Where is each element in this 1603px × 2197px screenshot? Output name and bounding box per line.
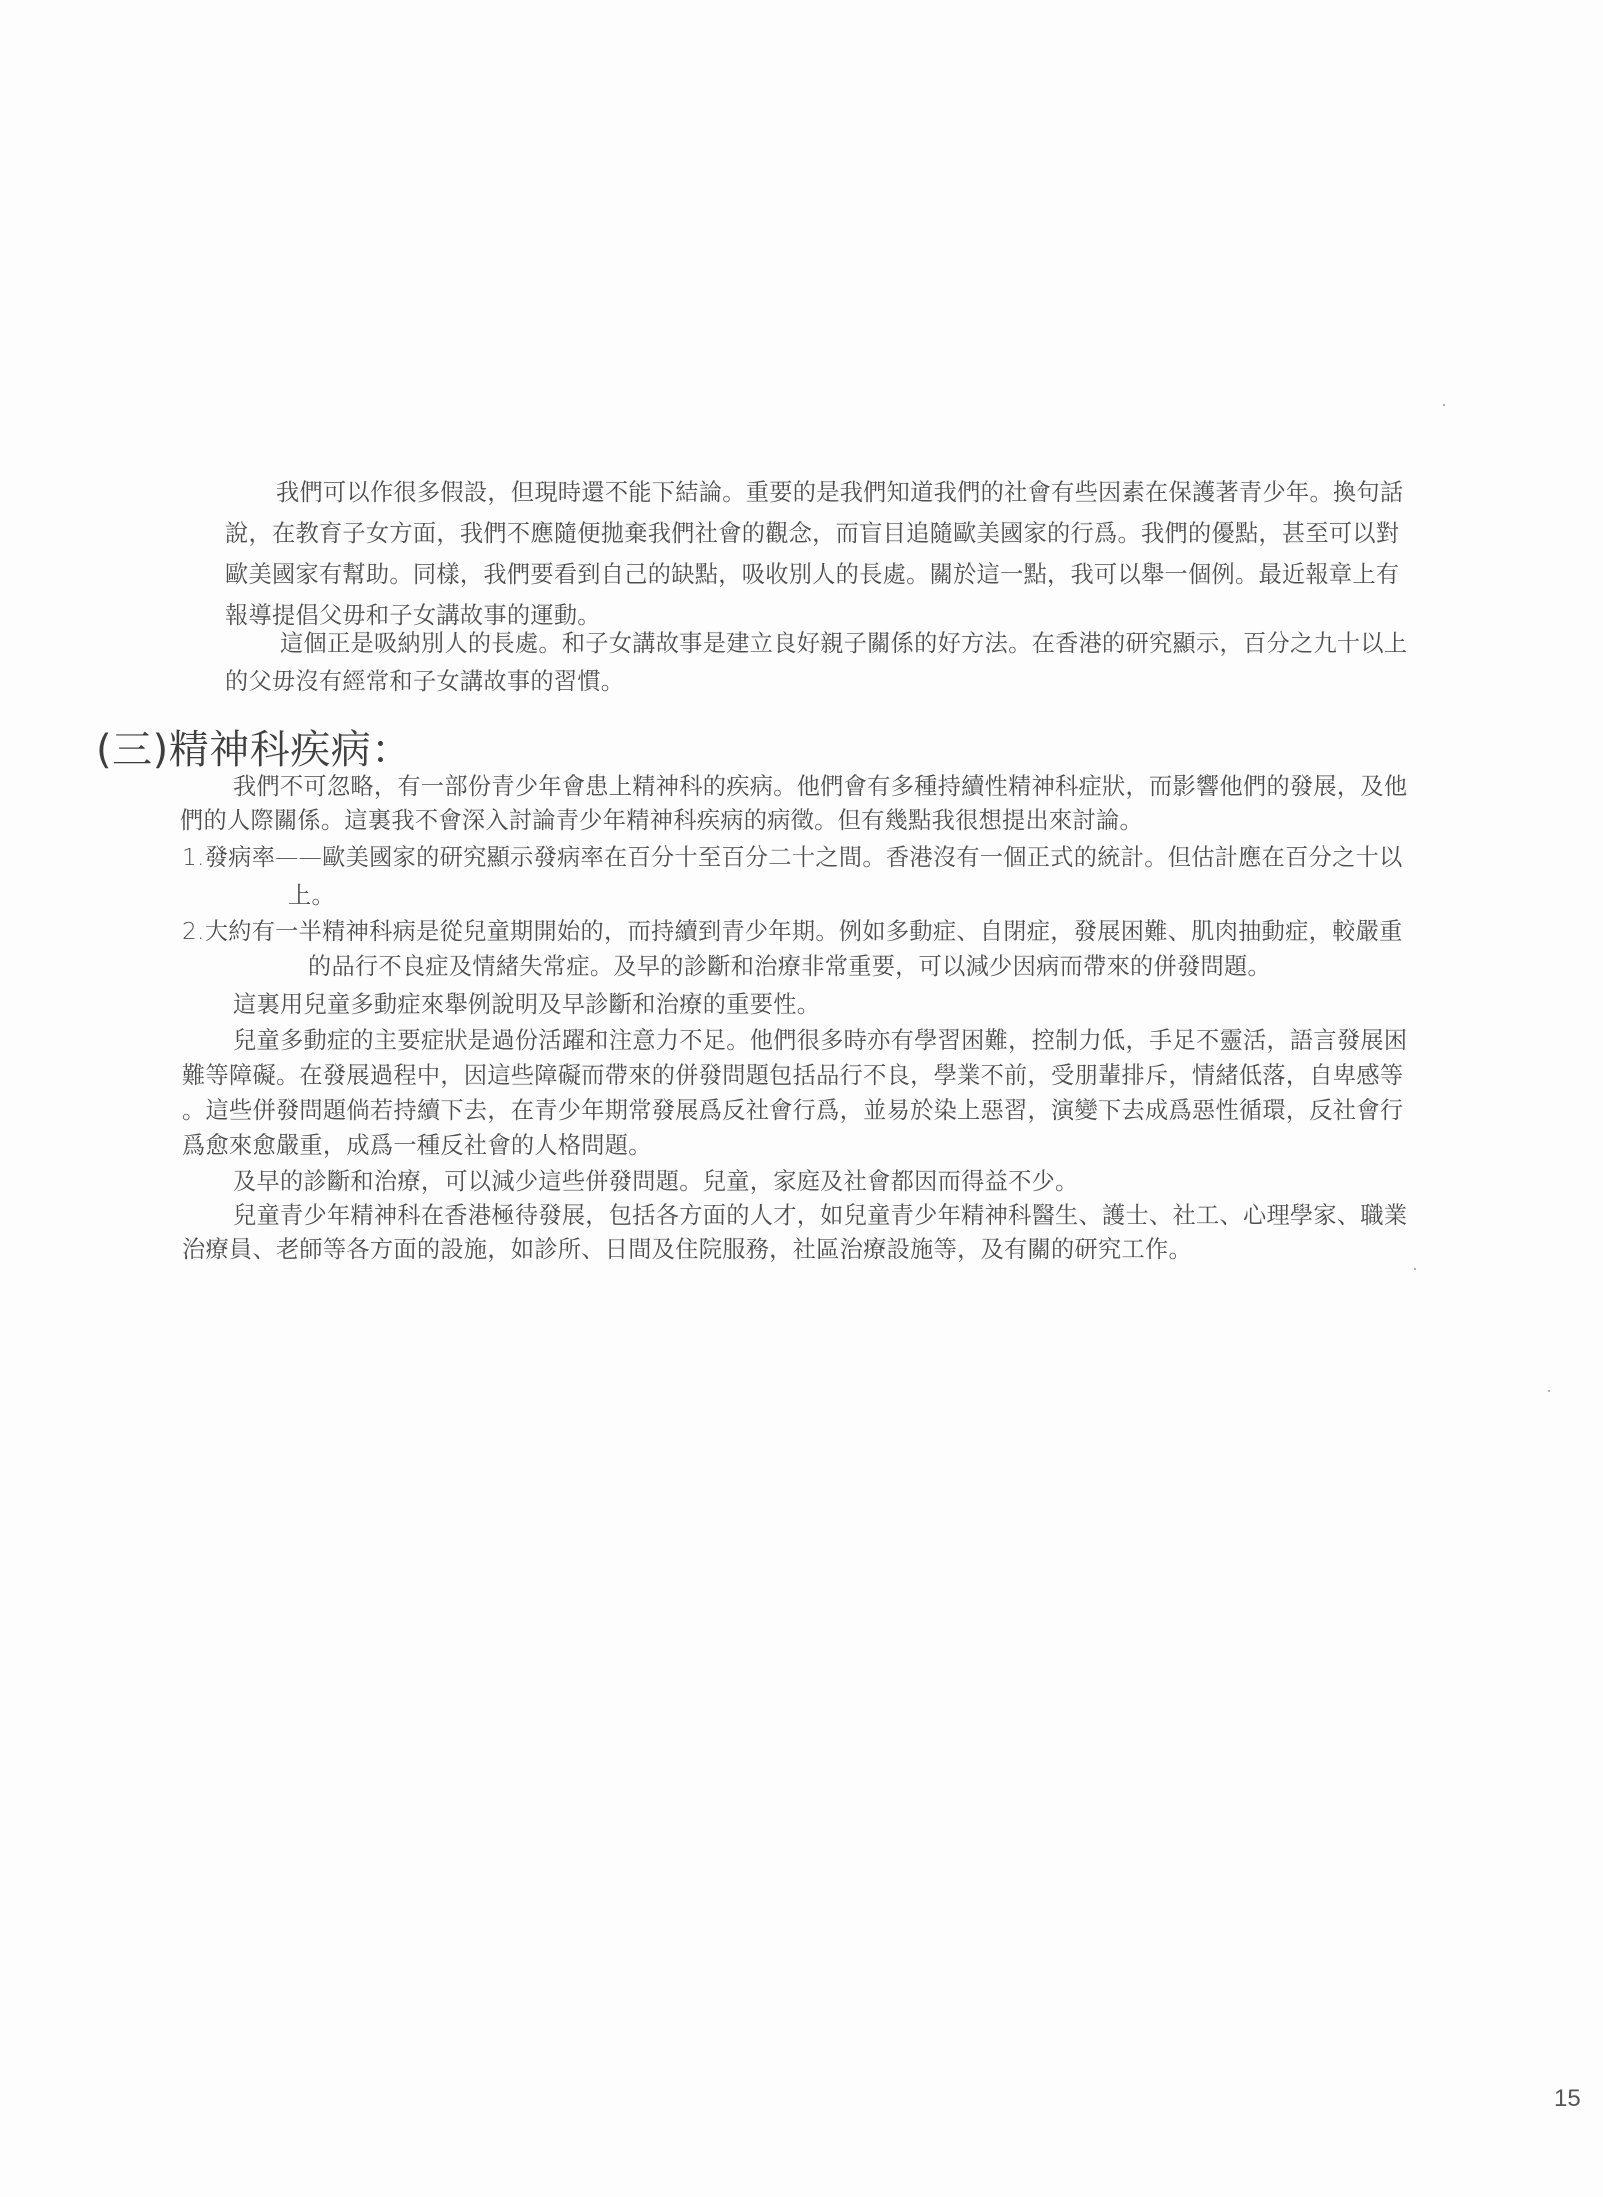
paragraph-line: 的父毋沒有經常和子女講故事的習慣。 [225,666,624,698]
paragraph-line: 治療員、老師等各方面的設施，如診所、日間及住院服務，社區治療設施等，及有關的研究… [182,1234,1192,1266]
paragraph-line: 這個正是吸納別人的長處。和子女講故事是建立良好親子關係的好方法。在香港的研究顯示… [280,628,1407,660]
paragraph-line: 難等障礙。在發展過程中，因這些障礙而帶來的併發問題包括品行不良，學業不前，受朋輩… [182,1060,1403,1092]
paragraph-line: 們的人際關係。這裏我不會深入討論青少年精神科疾病的病徵。但有幾點我很想提出來討論… [180,805,1143,837]
list-item-line: 1.發病率——歐美國家的研究顯示發病率在百分十至百分二十之間。香港沒有一個正式的… [182,842,1403,874]
section-heading: (三)精神科疾病： [96,722,412,778]
scan-speck [1548,1390,1550,1392]
scan-speck [1414,1268,1416,1270]
paragraph-line: 兒童多動症的主要症狀是過份活躍和注意力不足。他們很多時亦有學習困難，控制力低，手… [233,1025,1407,1057]
paragraph-line: 及早的診斷和治療，可以減少這些併發問題。兒童，家庭及社會都因而得益不少。 [233,1166,1079,1198]
page-number: 15 [1554,2085,1581,2113]
paragraph-line: 。這些併發問題倘若持續下去，在青少年期常發展爲反社會行爲，並易於染上惡習，演變下… [182,1095,1403,1127]
paragraph-line: 我們不可忽略，有一部份青少年會患上精神科的疾病。他們會有多種持續性精神科症狀，而… [233,771,1407,803]
paragraph-line: 這裏用兒童多動症來舉例說明及早診斷和治療的重要性。 [233,989,820,1021]
paragraph-line: 爲愈來愈嚴重，成爲一種反社會的人格問題。 [182,1130,652,1162]
paragraph-line: 歐美國家有幫助。同樣，我們要看到自己的缺點，吸收別人的長處。關於這一點，我可以舉… [225,559,1399,591]
paragraph-line: 說，在教育子女方面，我們不應隨便拋棄我們社會的觀念，而盲目追隨歐美國家的行爲。我… [225,518,1399,550]
list-item-line: 的品行不良症及情緒失常症。及早的診斷和治療非常重要，可以減少因病而帶來的併發問題… [308,951,1271,983]
paragraph-line: 兒童青少年精神科在香港極待發展，包括各方面的人才，如兒童青少年精神科醫生、護士、… [233,1200,1407,1232]
paragraph-line: 我們可以作很多假設，但現時還不能下結論。重要的是我們知道我們的社會有些因素在保護… [276,477,1403,509]
list-item-line: 2.大約有一半精神科病是從兒童期開始的，而持續到青少年期。例如多動症、自閉症，發… [182,916,1403,948]
list-item-line: 上。 [288,880,335,912]
scan-speck [1443,404,1445,406]
document-page: 我們可以作很多假設，但現時還不能下結論。重要的是我們知道我們的社會有些因素在保護… [0,0,1603,2197]
